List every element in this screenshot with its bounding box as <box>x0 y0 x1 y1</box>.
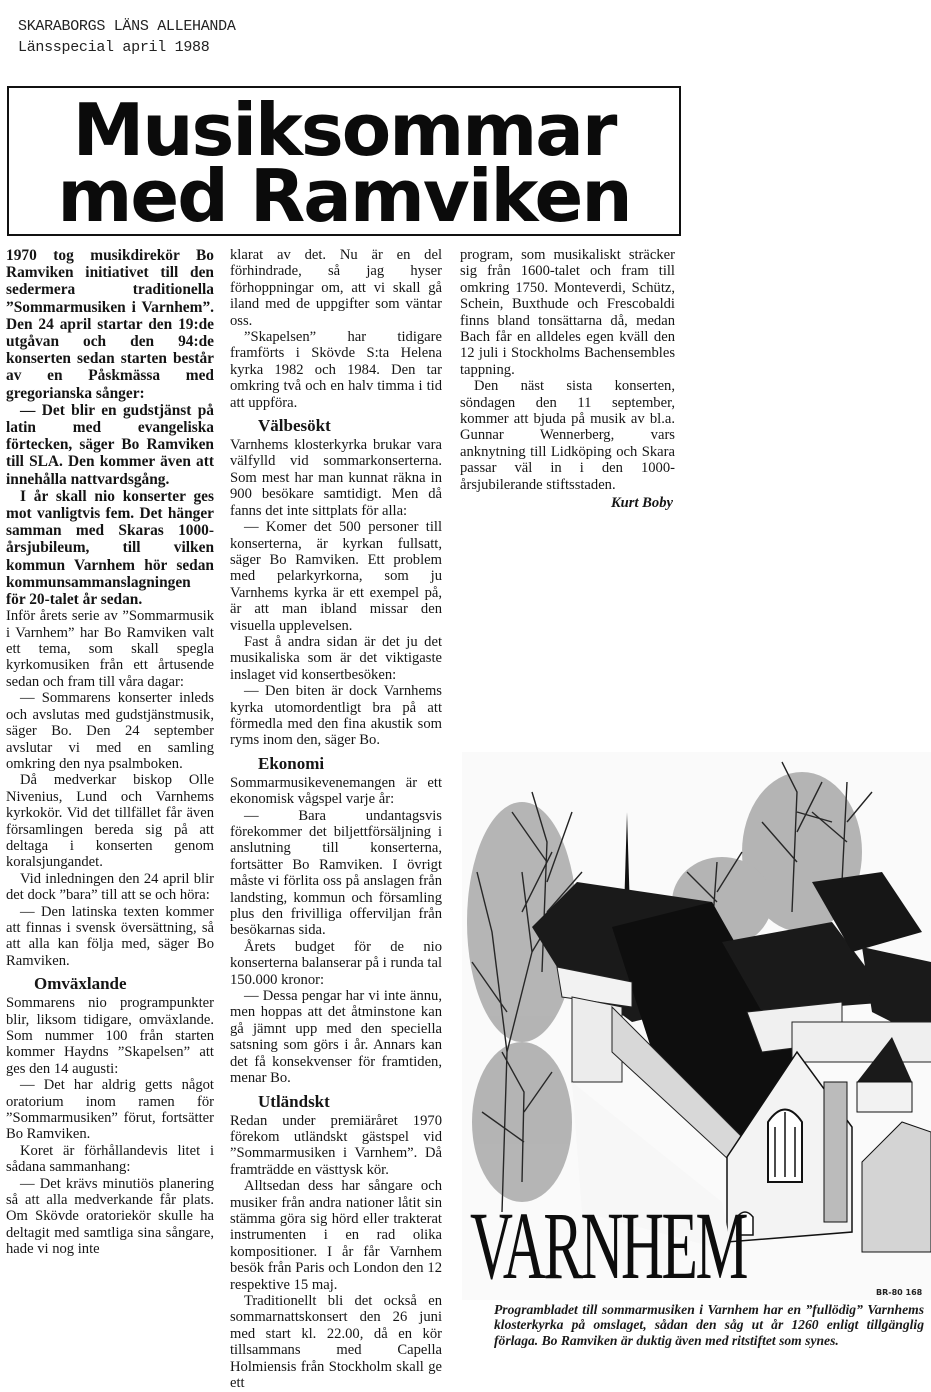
body-paragraph: Den näst sista konserten, söndagen den 1… <box>460 378 675 493</box>
subheading-omvaxlande: Omväxlande <box>34 973 214 995</box>
body-paragraph: Sommarens nio programpunkter blir, likso… <box>6 995 214 1077</box>
masthead: SKARABORGS LÄNS ALLEHANDA Länsspecial ap… <box>18 16 236 58</box>
body-paragraph: Koret är förhållandevis litet i sådana s… <box>6 1143 214 1176</box>
body-paragraph: — Det krävs minutiös planering så att al… <box>6 1176 214 1258</box>
body-paragraph: ”Skapelsen” har tidigare framförts i Skö… <box>230 329 442 411</box>
body-paragraph: Fast å andra sidan är det ju det musikal… <box>230 634 442 683</box>
article-column-2: klarat av det. Nu är en del förhindrade,… <box>230 247 442 1391</box>
article-column-1: 1970 tog musikdirekör Bo Ramviken initia… <box>6 247 214 1258</box>
body-paragraph: Varnhems klosterkyrka brukar vara välfyl… <box>230 437 442 519</box>
headline-line-2: med Ramviken <box>9 160 679 232</box>
subheading-utlandskt: Utländskt <box>258 1091 442 1113</box>
body-paragraph: Traditionellt bli det också en sommarnat… <box>230 1293 442 1391</box>
body-paragraph: — Komer det 500 personer till konsertern… <box>230 519 442 634</box>
body-paragraph: — Sommarens konserter inleds och avsluta… <box>6 690 214 772</box>
lead-paragraph: I år skall nio konserter ges mot vanligt… <box>6 488 214 608</box>
body-paragraph: — Den biten är dock Varnhems kyrka utomo… <box>230 683 442 749</box>
body-paragraph: klarat av det. Nu är en del förhindrade,… <box>230 247 442 329</box>
subheading-valbesokt: Välbesökt <box>258 415 442 437</box>
artist-signature: BR-80 168 <box>876 1288 922 1297</box>
body-paragraph: Årets budget för de nio konserterna bala… <box>230 939 442 988</box>
newspaper-name: SKARABORGS LÄNS ALLEHANDA <box>18 16 236 37</box>
body-paragraph: — Bara undantagsvis förekommer det bilje… <box>230 808 442 939</box>
body-paragraph: Alltsedan dess har sångare och musiker f… <box>230 1178 442 1293</box>
body-paragraph: — Den latinska texten kommer att finnas … <box>6 904 214 970</box>
headline-box: Musiksommar med Ramviken <box>7 86 681 236</box>
body-paragraph: Inför årets serie av ”Sommarmusik i Varn… <box>6 608 214 690</box>
byline: Kurt Boby <box>460 495 675 511</box>
illustration-caption: Programbladet till sommarmusiken i Varnh… <box>494 1302 924 1348</box>
body-paragraph: Redan under premiäråret 1970 förekom utl… <box>230 1113 442 1179</box>
lead-paragraph: — Det blir en gudstjänst på latin med ev… <box>6 402 214 488</box>
illustration-title: VARNHEM <box>470 1196 746 1296</box>
body-paragraph: Då medverkar biskop Olle Nivenius, Lund … <box>6 772 214 870</box>
body-paragraph: — Dessa pengar har vi inte ännu, men hop… <box>230 988 442 1086</box>
body-paragraph: program, som musikaliskt sträcker sig fr… <box>460 247 675 378</box>
body-paragraph: — Det har aldrig getts något oratorium i… <box>6 1077 214 1143</box>
edition-label: Länsspecial april 1988 <box>18 37 236 58</box>
lead-paragraph: 1970 tog musikdirekör Bo Ramviken initia… <box>6 247 214 402</box>
article-column-3: program, som musikaliskt sträcker sig fr… <box>460 247 675 512</box>
body-paragraph: Vid inledningen den 24 april blir det do… <box>6 871 214 904</box>
subheading-ekonomi: Ekonomi <box>258 753 442 775</box>
body-paragraph: Sommarmusikevenemangen är ett ekonomisk … <box>230 775 442 808</box>
